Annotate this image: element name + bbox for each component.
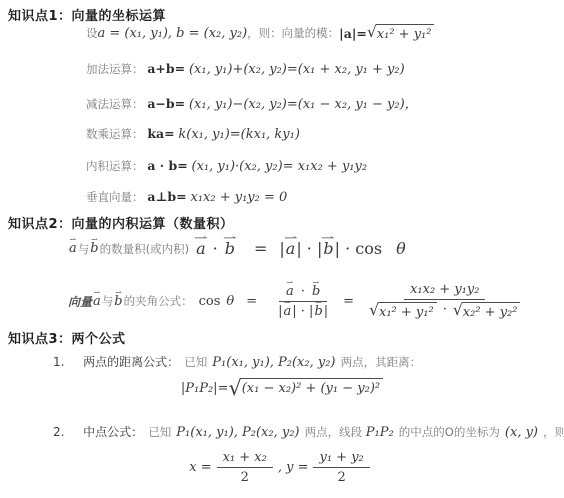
addition-rhs: (x₁, y₁)+(x₂, y₂)=(x₁ + x₂, y₁ + y₂)	[189, 62, 405, 77]
formula-inner-product: 内积运算： a · b= (x₁, y₁)·(x₂, y₂)= x₁x₂ + y…	[86, 158, 367, 174]
scalar-product-text: 的数量积(或内积)	[100, 241, 189, 257]
midpoint-formula-display: x = x₁ + x₂ 2 , y = y₁ + y₂ 2	[0, 450, 564, 485]
theta-symbol: θ	[396, 239, 406, 258]
formula-subtraction: 减法运算： a−b= (x₁, y₁)−(x₂, y₂)=(x₁ − x₂, y…	[86, 93, 418, 112]
angle-vector-a: a	[92, 294, 102, 309]
midpoint-center-text: 的中点的O的坐标为	[399, 425, 500, 439]
x-fraction-numerator: x₁ + x₂	[217, 450, 273, 468]
y-den-text: 2	[337, 470, 345, 485]
scalar-rhs: k(x₁, y₁)=(kx₁, ky₁)	[178, 127, 300, 142]
abs-bar-close-cos: | · cos	[335, 239, 382, 258]
coord-fraction-denominator: √x₁² + y₁² · √x₂² + y₂²	[365, 300, 524, 320]
item-number: 1.	[53, 355, 78, 369]
modulus-radicand: x₁² + y₁²	[376, 24, 435, 42]
vector-a: a	[68, 241, 78, 256]
list-item-midpoint: 2. 中点公式： 已知 P₁(x₁, y₁), P₂(x₂, y₂) 两点，线段…	[53, 421, 564, 440]
big-vector-b: b	[224, 239, 236, 258]
den-vector-b: b	[313, 304, 323, 319]
midpoint-x-fraction: x₁ + x₂ 2	[217, 450, 273, 485]
formula-scalar-multiplication: 数乘运算： ka= k(x₁, y₁)=(kx₁, ky₁)	[86, 126, 300, 142]
equals-sign: =	[254, 239, 267, 258]
scalar-label: 数乘运算：	[86, 127, 144, 141]
modulus-radical: √x₁² + y₁²	[367, 24, 435, 42]
modulus-lhs: |a|=	[339, 26, 367, 41]
distance-given-text: 已知	[184, 355, 207, 369]
subtraction-rhs: (x₁, y₁)−(x₂, y₂)=(x₁ − x₂, y₁ − y₂)，	[189, 97, 418, 112]
coord-fraction-numerator: x₁x₂ + y₁y₂	[404, 282, 485, 300]
den-vector-a: a	[283, 304, 293, 319]
midpoint-y-fraction: y₁ + y₂ 2	[313, 450, 369, 485]
abs-bars-mid: | · |	[296, 239, 322, 258]
kp1-heading: 知识点1：向量的坐标运算	[8, 5, 166, 24]
setup-mid: ，则：向量的模：	[247, 25, 339, 41]
angle-equals-1: =	[246, 294, 257, 309]
x-fraction-denominator: 2	[237, 468, 253, 485]
angle-formula-text: 的夹角公式：	[124, 293, 193, 309]
y-num-text: y₁ + y₂	[319, 450, 363, 465]
distance-lhs: |P₁P₂|=	[181, 381, 229, 396]
distance-formula-name: 两点的距离公式：	[83, 355, 179, 369]
abs-vector-b: b	[322, 239, 334, 258]
radical-sign: √	[228, 378, 241, 400]
cos-text: cos	[199, 294, 221, 309]
angle-fraction-vectors: a · b | a | · | b |	[274, 284, 332, 319]
vector-b: b	[89, 241, 99, 256]
den-bar-close: |	[324, 304, 328, 319]
list-item-distance: 1. 两点的距离公式： 已知 P₁(x₁, y₁), P₂(x₂, y₂) 两点…	[53, 351, 421, 370]
num-vector-b: b	[311, 284, 321, 299]
x-den-text: 2	[241, 470, 249, 485]
den-bars-mid: | · |	[292, 304, 313, 319]
formula-angle: 向量 a 与 b 的夹角公式： cos θ = a · b | a | · | …	[68, 282, 529, 320]
inner-product-label: 内积运算：	[86, 159, 144, 173]
x-num-text: x₁ + x₂	[223, 450, 267, 465]
coord-num: x₁x₂ + y₁y₂	[410, 282, 479, 297]
midpoint-separator: , y =	[278, 460, 309, 475]
abs-vector-a: a	[285, 239, 297, 258]
distance-radical: √(x₁ − x₂)² + (y₁ − y₂)²	[228, 378, 383, 400]
formula-setup-modulus: 设 a = (x₁, y₁), b = (x₂, y₂) ，则：向量的模： |a…	[86, 24, 434, 42]
perpendicular-label: 垂直向量：	[86, 190, 144, 204]
item-number: 2.	[53, 425, 78, 439]
scalar-lhs: ka=	[147, 126, 174, 141]
subtraction-label: 减法运算：	[86, 97, 144, 111]
midpoint-given-text: 已知	[148, 425, 171, 439]
radical-y: √x₂² + y₂²	[453, 302, 521, 320]
midpoint-formula-name: 中点公式：	[83, 425, 143, 439]
num-vector-a: a	[285, 284, 295, 299]
distance-tail-text: 两点，其距离：	[341, 355, 422, 369]
radicand-y: x₂² + y₂²	[462, 302, 521, 320]
addition-label: 加法运算：	[86, 62, 144, 76]
formula-scalar-product: a 与 b 的数量积(或内积) a · b = | a | · | b | · …	[68, 239, 406, 258]
angle-fraction-coordinates: x₁x₂ + y₁y₂ √x₁² + y₁² · √x₂² + y₂²	[365, 282, 524, 320]
midpoint-segment-text: 两点，线段	[305, 425, 366, 439]
formula-addition: 加法运算： a+b= (x₁, y₁)+(x₂, y₂)=(x₁ + x₂, y…	[86, 61, 405, 77]
addition-lhs: a+b=	[147, 61, 185, 76]
kp3-heading: 知识点3：两个公式	[8, 328, 126, 347]
setup-vectors: a = (x₁, y₁), b = (x₂, y₂)	[98, 26, 248, 41]
angle-equals-2: =	[343, 294, 354, 309]
and-text: 与	[78, 241, 90, 257]
midpoint-points: P₁(x₁, y₁), P₂(x₂, y₂)	[176, 425, 299, 440]
distance-radicand: (x₁ − x₂)² + (y₁ − y₂)²	[241, 378, 383, 396]
angle-lead-bold: 向量	[68, 293, 92, 310]
midpoint-x-lhs: x =	[189, 460, 211, 475]
formula-perpendicular: 垂直向量： a⊥b= x₁x₂ + y₁y₂ = 0	[86, 189, 287, 205]
perpendicular-lhs: a⊥b=	[147, 189, 186, 204]
radical-x: √x₁² + y₁²	[369, 302, 437, 320]
perpendicular-rhs: x₁x₂ + y₁y₂ = 0	[190, 190, 287, 205]
kp2-heading: 知识点2：向量的内积运算（数量积）	[8, 213, 234, 232]
midpoint-xy: (x, y)	[505, 425, 538, 440]
y-fraction-numerator: y₁ + y₂	[313, 450, 369, 468]
radicand-x: x₁² + y₁²	[378, 302, 437, 320]
fraction-denominator: | a | · | b |	[274, 302, 332, 319]
distance-points: P₁(x₁, y₁), P₂(x₂, y₂)	[212, 355, 335, 370]
angle-and-text: 与	[102, 293, 114, 309]
dot-operator: ·	[213, 239, 218, 258]
distance-formula-display: |P₁P₂|= √(x₁ − x₂)² + (y₁ − y₂)²	[0, 378, 564, 400]
inner-product-lhs: a · b=	[147, 158, 187, 173]
subtraction-lhs: a−b=	[147, 96, 185, 111]
midpoint-segment: P₁P₂	[366, 425, 394, 440]
angle-vector-b: b	[113, 294, 123, 309]
big-vector-a: a	[195, 239, 207, 258]
midpoint-then-text: ，则：	[543, 425, 564, 439]
setup-prefix: 设	[86, 25, 98, 41]
y-fraction-denominator: 2	[333, 468, 349, 485]
den-dot: ·	[443, 302, 447, 317]
document-page: 知识点1：向量的坐标运算 设 a = (x₁, y₁), b = (x₂, y₂…	[0, 0, 564, 498]
angle-theta: θ	[226, 294, 234, 309]
inner-product-rhs: (x₁, y₁)·(x₂, y₂)= x₁x₂ + y₁y₂	[192, 159, 368, 174]
num-dot: ·	[301, 284, 305, 299]
